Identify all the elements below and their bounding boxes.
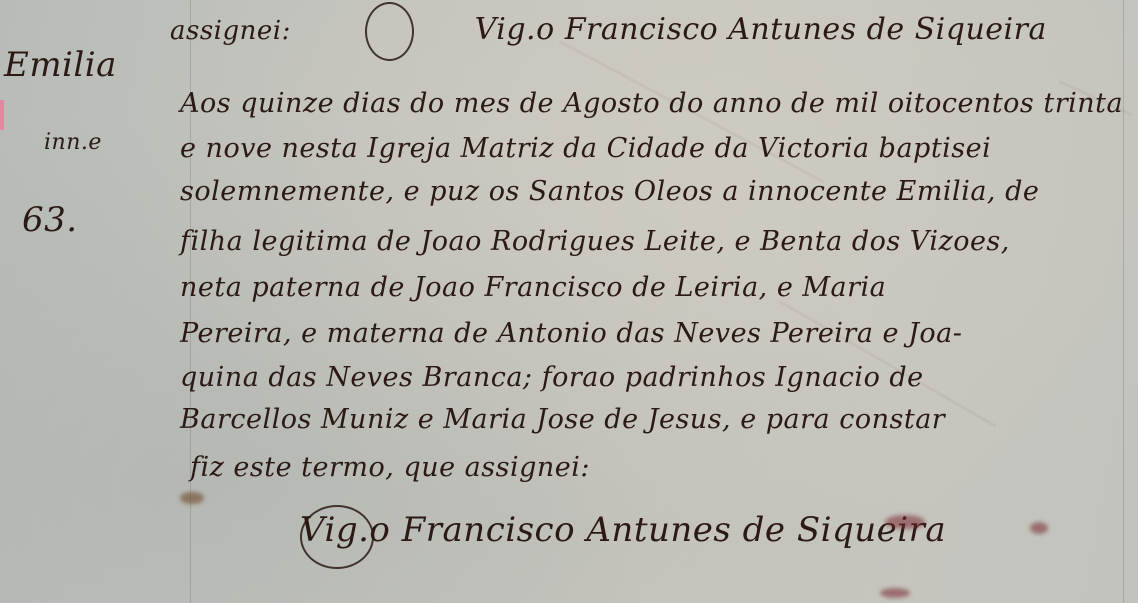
record-line-2: e nove nesta Igreja Matriz da Cidade da … xyxy=(180,133,1120,164)
record-line-7: quina das Neves Branca; forao padrinhos … xyxy=(180,362,1120,393)
ink-stain xyxy=(1030,522,1048,534)
record-line-6: Pereira, e materna de Antonio das Neves … xyxy=(180,318,1120,349)
record-line-4: filha legitima de Joao Rodrigues Leite, … xyxy=(180,226,1120,257)
previous-entry-closing: assignei: xyxy=(170,16,291,46)
margin-entry-number: 63. xyxy=(22,200,78,240)
document-page: Emilia inn.e 63. assignei: Vig.o Francis… xyxy=(0,0,1138,603)
vicar-signature: Vig.o Francisco Antunes de Siqueira xyxy=(300,510,946,550)
ink-stain xyxy=(880,588,910,598)
vicar-name-heading: Vig.o Francisco Antunes de Siqueira xyxy=(475,12,1047,47)
record-line-3: solemnemente, e puz os Santos Oleos a in… xyxy=(180,176,1120,207)
edge-mark xyxy=(0,100,4,130)
record-heading: assignei: Vig.o Francisco Antunes de Siq… xyxy=(170,12,1047,47)
heading-flourish-icon xyxy=(365,2,414,61)
record-line-8: Barcellos Muniz e Maria Jose de Jesus, e… xyxy=(180,404,1120,435)
ink-stain xyxy=(885,515,925,529)
record-line-1: Aos quinze dias do mes de Agosto do anno… xyxy=(180,88,1120,119)
margin-status: inn.e xyxy=(44,130,102,155)
right-margin-rule xyxy=(1123,0,1124,603)
ink-stain xyxy=(180,492,204,504)
margin-child-name: Emilia xyxy=(4,45,117,85)
record-line-5: neta paterna de Joao Francisco de Leiria… xyxy=(180,272,1120,303)
signature-flourish-icon xyxy=(300,505,374,569)
record-line-9: fiz este termo, que assignei: xyxy=(190,452,1130,483)
